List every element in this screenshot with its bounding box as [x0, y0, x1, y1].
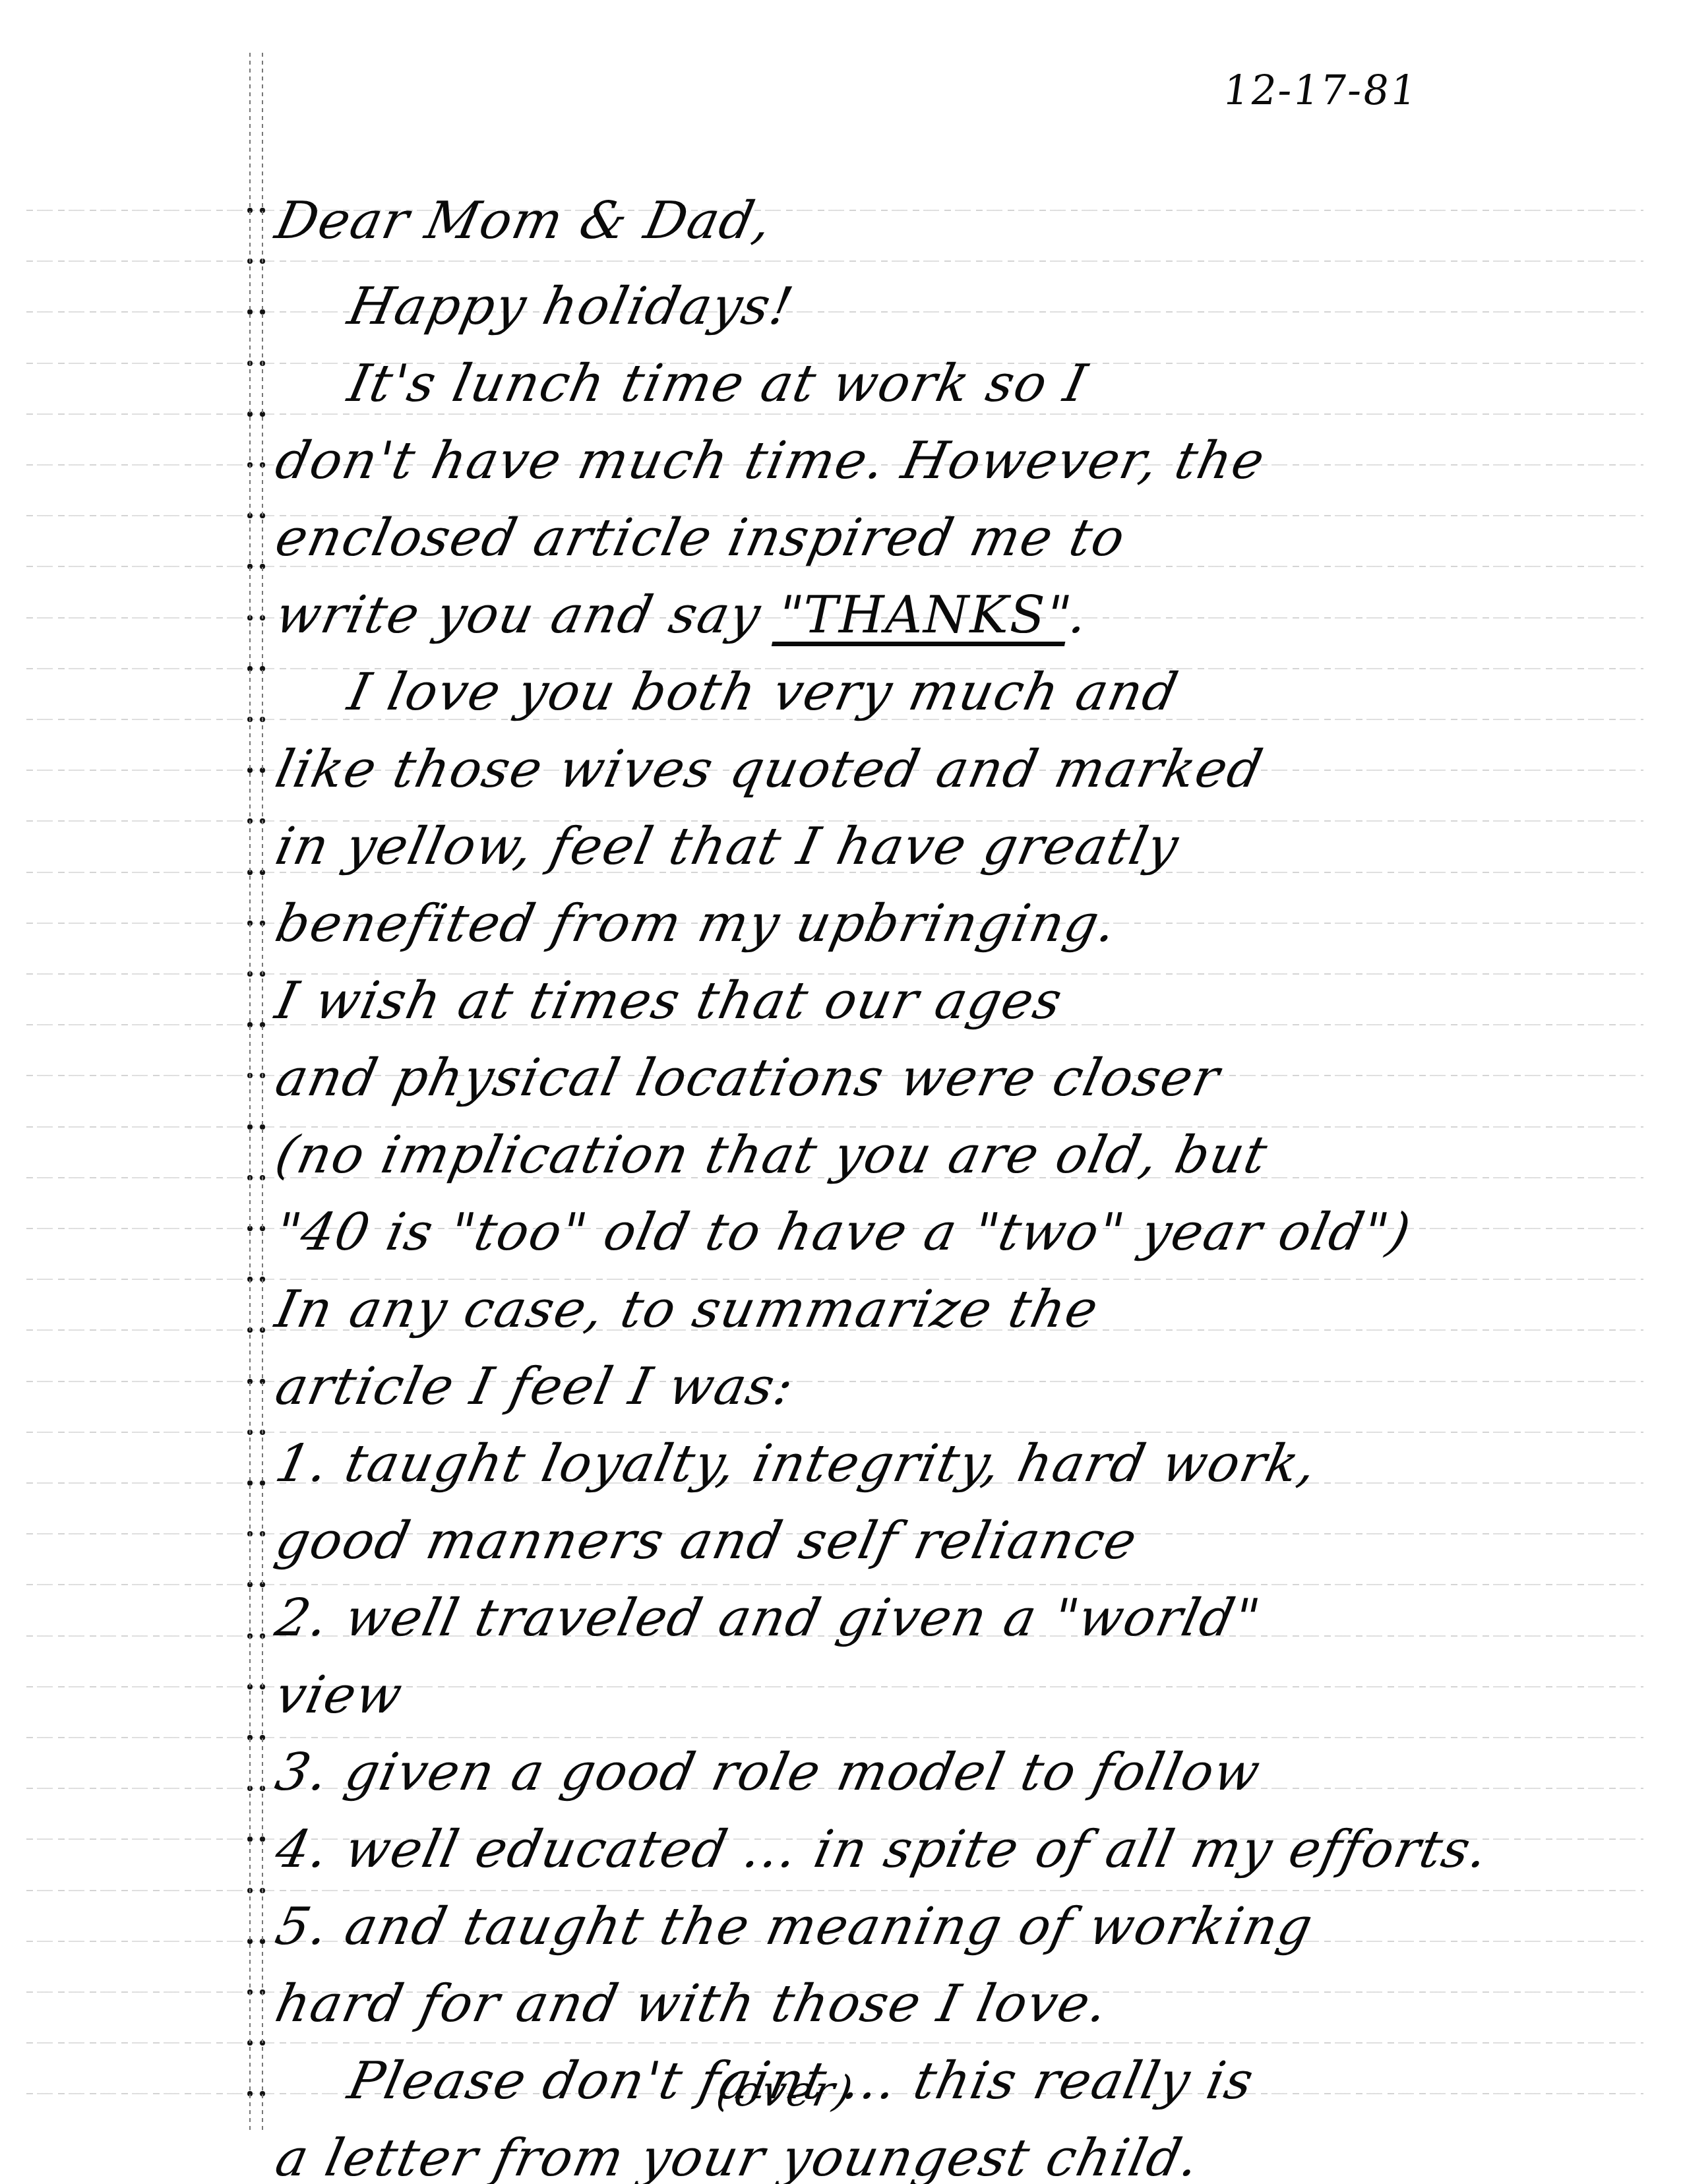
letter-line: 3. given a good role model to follow	[270, 1743, 1266, 1802]
ruled-line	[26, 413, 1643, 415]
ruled-line	[26, 1686, 1643, 1687]
letter-line: enclosed article inspired me to	[270, 508, 1131, 568]
letter-line-text: "40 is "too" old to have a "two" year ol…	[270, 1203, 1417, 1262]
letter-line: like those wives quoted and marked	[270, 740, 1268, 799]
letter-line-text: I love you both very much and	[343, 663, 1184, 722]
letter-line: write you and say "THANKS".	[270, 586, 1095, 645]
ruled-line	[26, 210, 1643, 211]
letter-line: and physical locations were closer	[270, 1048, 1225, 1108]
letter-line-text: Happy holidays!	[343, 277, 799, 336]
letter-line: article I feel I was:	[270, 1357, 800, 1416]
letter-line-text: don't have much time. However, the	[270, 431, 1271, 491]
underlined-thanks: "THANKS"	[772, 586, 1077, 645]
letter-line-text: It's lunch time at work so I	[343, 354, 1093, 413]
letter-line-text: in yellow, feel that I have greatly	[270, 817, 1184, 876]
letter-line: In any case, to summarize the	[270, 1280, 1104, 1339]
over-note: (over)	[712, 2067, 858, 2116]
letter-line: 1. taught loyalty, integrity, hard work,	[270, 1434, 1323, 1494]
margin-line-left	[249, 53, 251, 2131]
margin-line-right	[262, 53, 263, 2131]
letter-line-text: enclosed article inspired me to	[270, 508, 1131, 568]
letter-salutation: Dear Mom & Dad,	[270, 191, 778, 251]
letter-line: hard for and with those I love.	[270, 1974, 1114, 2034]
letter-line: 4. well educated ... in spite of all my …	[270, 1820, 1494, 1879]
letter-line-text: 3. given a good role model to follow	[270, 1743, 1266, 1802]
ruled-line	[26, 311, 1643, 313]
letter-line: view	[270, 1666, 408, 1725]
letter-line-text: 1. taught loyalty, integrity, hard work,	[270, 1434, 1323, 1494]
letter-line-text: (no implication that you are old, but	[270, 1126, 1273, 1185]
letter-line-text: 2. well traveled and given a "world"	[270, 1589, 1266, 1648]
ruled-line	[26, 1890, 1643, 1891]
letter-line-text: 5. and taught the meaning of working	[270, 1897, 1319, 1957]
letter-line: Happy holidays!	[343, 277, 799, 336]
letter-line-text: hard for and with those I love.	[270, 1974, 1114, 2034]
letter-line-text: write you and say	[270, 586, 767, 645]
letter-line-text: In any case, to summarize the	[270, 1280, 1104, 1339]
letter-page: 12-17-81 Dear Mom & Dad, Happy holidays!…	[0, 0, 1683, 2184]
letter-line: 5. and taught the meaning of working	[270, 1897, 1319, 1957]
letter-line-text: benefited from my upbringing.	[270, 894, 1123, 954]
ruled-line	[26, 2042, 1643, 2044]
letter-line: I wish at times that our ages	[270, 971, 1068, 1031]
letter-line-text: article I feel I was:	[270, 1357, 800, 1416]
letter-line-text: and physical locations were closer	[270, 1048, 1225, 1108]
ruled-line	[26, 1737, 1643, 1738]
letter-line-text: I wish at times that our ages	[270, 971, 1068, 1031]
letter-line: good manners and self reliance	[270, 1511, 1143, 1571]
ruled-line	[26, 1432, 1643, 1433]
letter-line: "40 is "too" old to have a "two" year ol…	[270, 1203, 1417, 1262]
ruled-line	[26, 260, 1643, 262]
letter-line-text: good manners and self reliance	[270, 1511, 1143, 1571]
letter-line: (no implication that you are old, but	[270, 1126, 1273, 1185]
letter-line-text: a letter from your youngest child.	[270, 2129, 1206, 2184]
letter-line-text: like those wives quoted and marked	[270, 740, 1268, 799]
ruled-line	[26, 1584, 1643, 1585]
letter-line: I love you both very much and	[343, 663, 1184, 722]
letter-line-text: 4. well educated ... in spite of all my …	[270, 1820, 1494, 1879]
letter-line: It's lunch time at work so I	[343, 354, 1093, 413]
letter-line: benefited from my upbringing.	[270, 894, 1123, 954]
letter-line: in yellow, feel that I have greatly	[270, 817, 1184, 876]
letter-line-text: view	[270, 1666, 408, 1725]
ruled-line	[26, 1381, 1643, 1382]
letter-date: 12-17-81	[1220, 66, 1421, 114]
letter-line: a letter from your youngest child.	[270, 2129, 1206, 2184]
letter-line: 2. well traveled and given a "world"	[270, 1589, 1266, 1648]
letter-line: don't have much time. However, the	[270, 431, 1271, 491]
